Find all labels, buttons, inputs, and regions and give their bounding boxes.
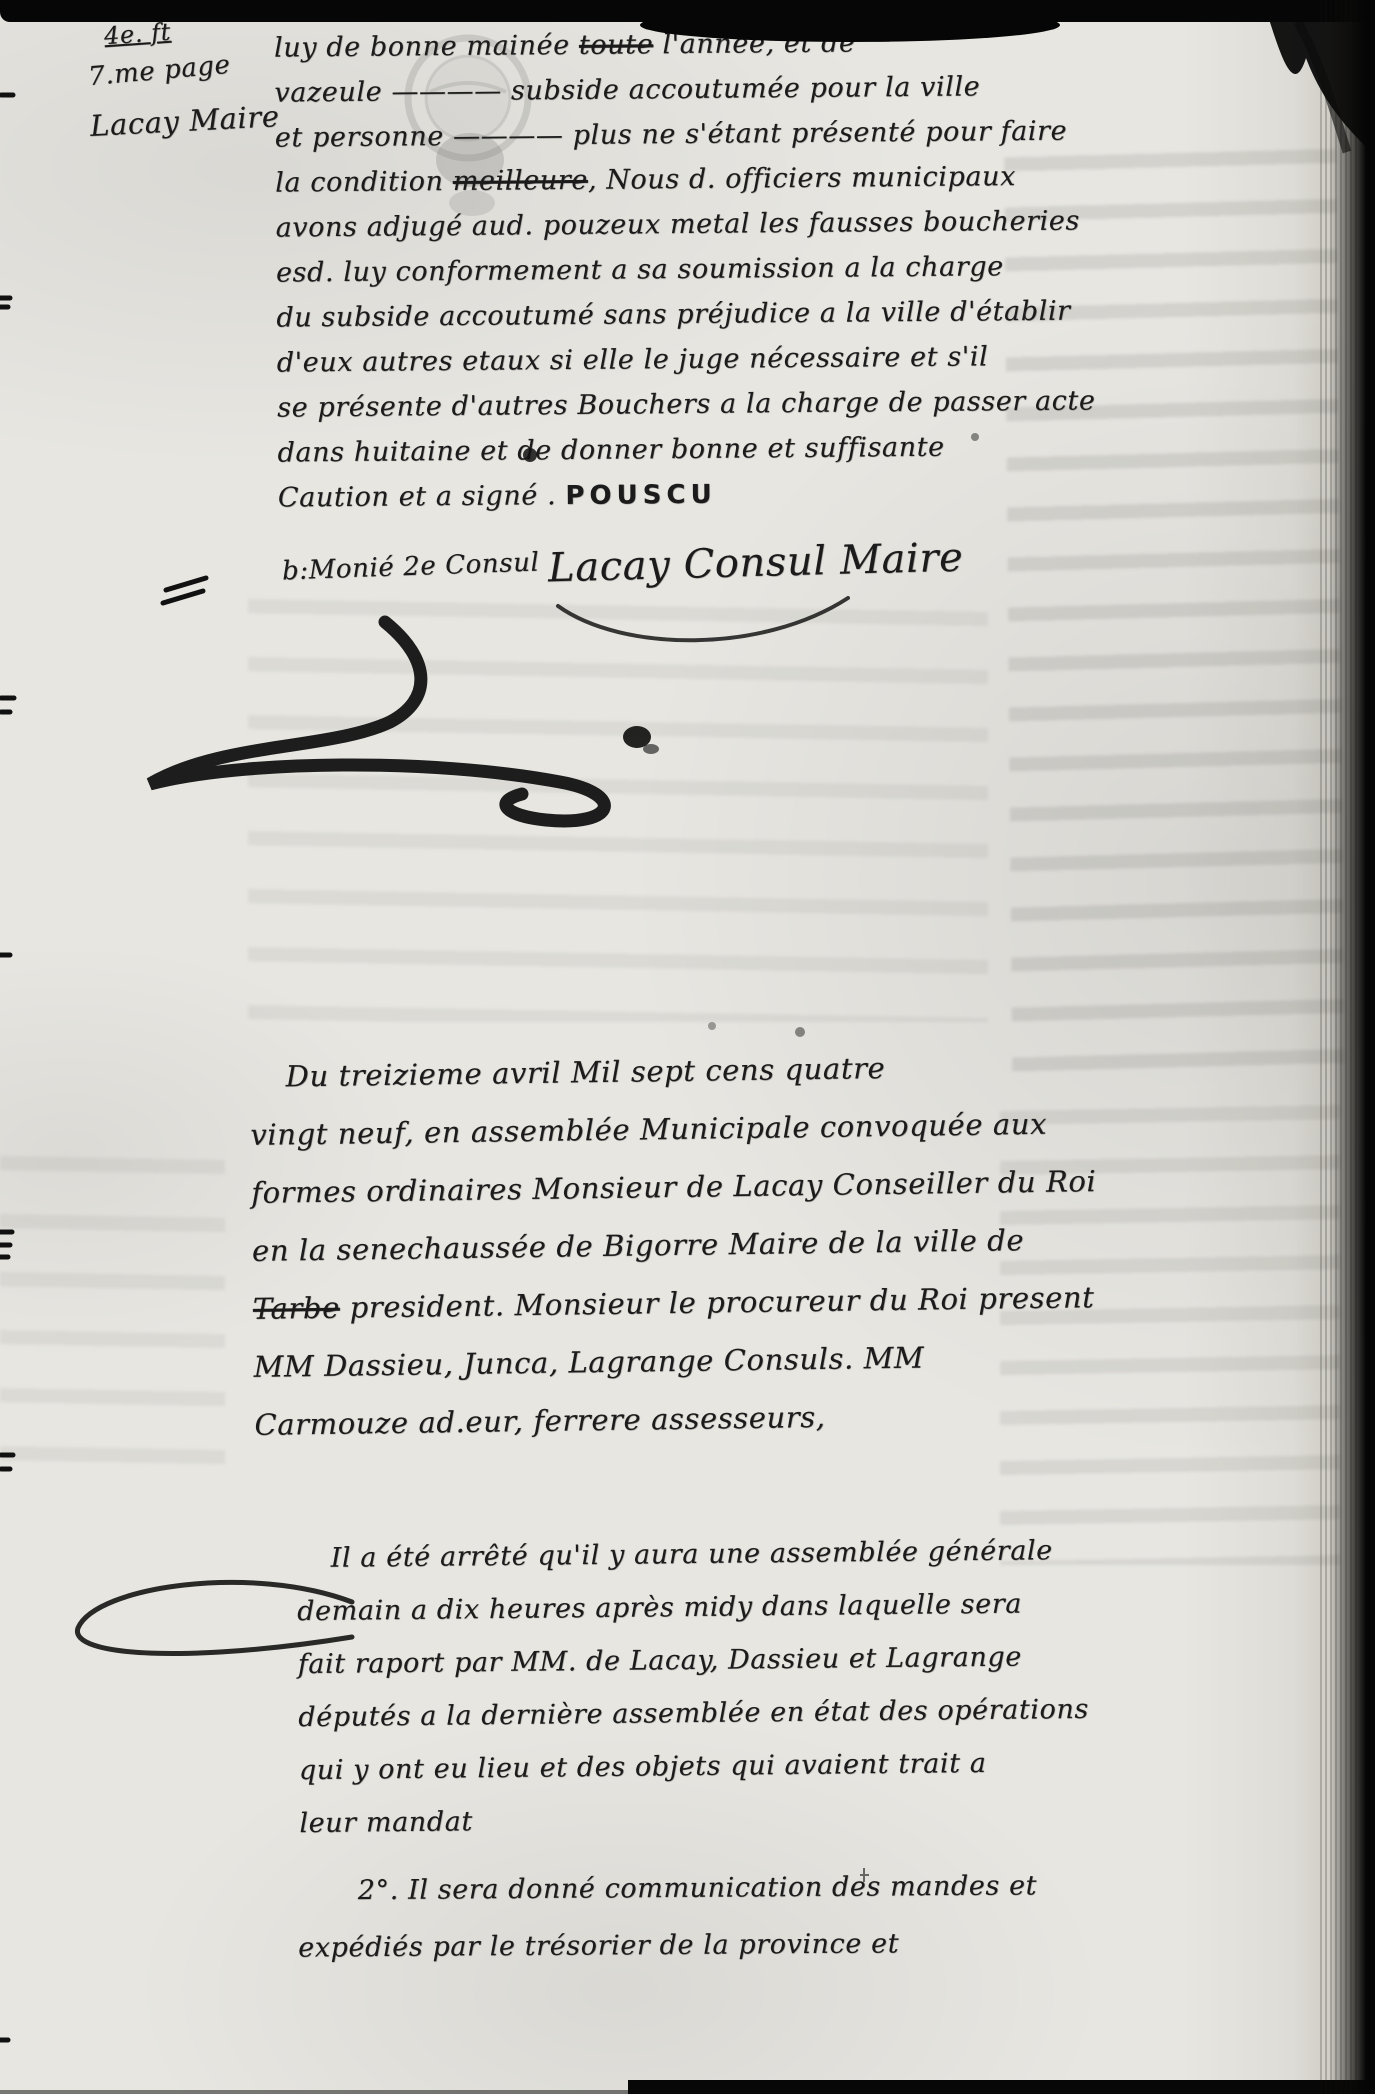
manuscript-line: Caution et a signé . POUSCU [278,468,1097,520]
manuscript-line: d'eux autres etaux si elle le juge néces… [277,333,1096,385]
folio-note: 4e. ft [103,18,172,51]
manuscript-line: Tarbe president. Monsieur le procureur d… [252,1268,1098,1338]
official-margin-note: Lacay Maire [89,99,280,143]
left-edge-marks [0,95,14,2040]
manuscript-line: du subside accoutumé sans préjudice a la… [276,288,1095,340]
bleed-through-middle [248,592,988,1022]
manuscript-line: se présente d'autres Bouchers a la charg… [277,378,1096,430]
manuscript-line: et personne ———— plus ne s'étant présent… [275,108,1094,160]
bottom-edge-shadow [628,2080,1375,2094]
bleed-through-left-bottom [0,1140,225,1470]
manuscript-scan: 4e. ft 7.me page Lacay Maire luy de bonn… [0,0,1375,2094]
manuscript-line: avons adjugé aud. pouzeux metal les faus… [275,198,1094,250]
maire-signature: Lacay Consul Maire [547,535,963,592]
collation-mark [163,578,206,603]
page-number-note: 7.me page [87,50,232,92]
binding-edge [1330,0,1375,2094]
manuscript-line: la condition meilleure, Nous d. officier… [275,153,1094,205]
top-scan-edge-bump [640,8,1060,42]
entry-session-heading: Du treizieme avril Mil sept cens quatre … [249,1036,1100,1454]
struck-word: Tarbe [253,1291,340,1326]
struck-word: toute [579,29,654,61]
entry-resolution-communication: 2°. Il sera donné communication des mand… [298,1857,1038,1976]
entry-boucherie-adjudication: luy de bonne mainée toute l'année, et de… [274,18,1097,520]
manuscript-line: députés a la dernière assemblée en état … [298,1683,1089,1744]
entry-resolution-assemblee: Il a été arrêté qu'il y aura une assembl… [296,1524,1090,1850]
manuscript-line: qui y ont eu lieu et des objets qui avai… [299,1736,1090,1797]
pouscu-signature: POUSCU [565,480,716,511]
manuscript-line: fait raport par MM. de Lacay, Dassieu et… [297,1630,1088,1691]
manuscript-line: leur mandat [299,1789,1090,1850]
maire-signature-flourish [558,598,848,640]
manuscript-line: 2°. Il sera donné communication des mand… [298,1857,1038,1919]
signature-flourish [150,622,604,821]
manuscript-line: Il a été arrêté qu'il y aura une assembl… [296,1524,1087,1585]
manuscript-line: Carmouze ad.eur, ferrere assesseurs, [254,1384,1100,1454]
consul-signature: b:Monié 2e Consul [282,548,540,587]
manuscript-line: demain a dix heures après midy dans laqu… [297,1577,1088,1638]
manuscript-line: expédiés par le trésorier de la province… [298,1914,1038,1976]
manuscript-line: esd. luy conformement a sa soumission a … [276,243,1095,295]
manuscript-line: vazeule ———— subside accoutumée pour la … [274,63,1093,115]
manuscript-line: dans huitaine et de donner bonne et suff… [277,423,1096,475]
struck-word: meilleure [453,165,588,197]
